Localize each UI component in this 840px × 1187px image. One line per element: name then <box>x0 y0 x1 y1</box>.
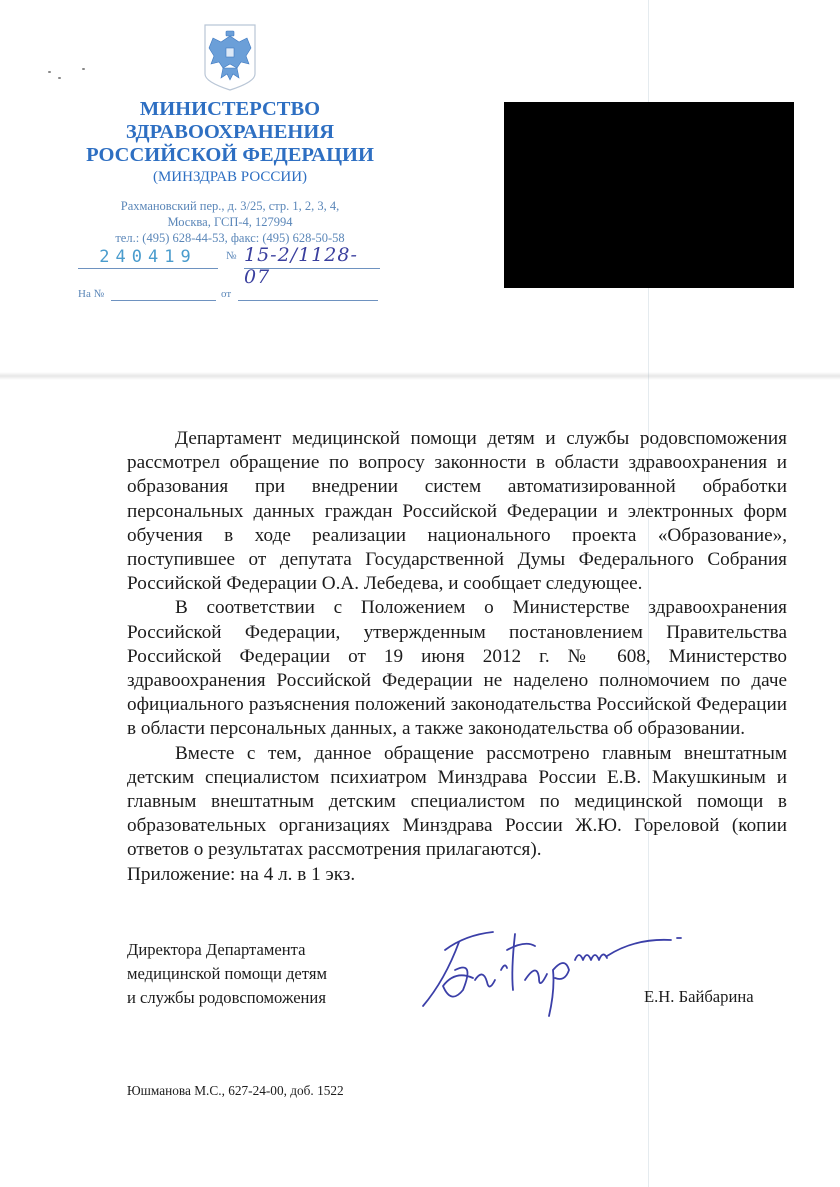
ministry-address: Рахмановский пер., д. 3/25, стр. 1, 2, 3… <box>60 198 400 246</box>
reply-number-blank <box>111 300 216 301</box>
signer-name: Е.Н. Байбарина <box>644 987 754 1007</box>
number-label: № <box>226 250 237 262</box>
signer-position-line: и службы родовспоможения <box>127 986 327 1010</box>
reply-reference-line: На № от <box>78 288 383 304</box>
reply-number-label: На № <box>78 288 104 300</box>
registration-line: 240419 № 15-2/1128-07 <box>78 244 383 270</box>
scan-speck <box>82 68 85 70</box>
body-paragraph: Вместе с тем, данное обращение рассмотре… <box>127 742 787 863</box>
ministry-line: МИНИСТЕРСТВО <box>60 98 400 121</box>
scan-speck <box>48 71 51 73</box>
attachment-note: Приложение: на 4 л. в 1 экз. <box>127 863 787 887</box>
reply-date-blank <box>238 300 378 301</box>
scan-speck <box>58 77 61 79</box>
reply-date-label: от <box>221 288 231 300</box>
signer-position-line: Директора Департамента <box>127 938 327 962</box>
paper-fold-line <box>0 372 840 380</box>
ministry-short-name: (МИНЗДРАВ РОССИИ) <box>60 167 400 187</box>
executor-contact: Юшманова М.С., 627-24-00, доб. 1522 <box>127 1083 344 1099</box>
ministry-line: ЗДРАВООХРАНЕНИЯ <box>60 121 400 144</box>
body-paragraph: Департамент медицинской помощи детям и с… <box>127 427 787 596</box>
coat-of-arms-icon <box>201 22 259 92</box>
signer-position: Директора Департамента медицинской помощ… <box>127 938 327 1010</box>
redacted-addressee-block <box>504 102 794 288</box>
letter-body: Департамент медицинской помощи детям и с… <box>127 427 787 887</box>
registration-number: 15-2/1128-07 <box>244 244 380 269</box>
address-line: Москва, ГСП-4, 127994 <box>60 214 400 230</box>
signer-position-line: медицинской помощи детям <box>127 962 327 986</box>
address-line: Рахмановский пер., д. 3/25, стр. 1, 2, 3… <box>60 198 400 214</box>
body-paragraph: В соответствии с Положением о Министерст… <box>127 596 787 741</box>
registration-date-stamp: 240419 <box>78 244 218 269</box>
ministry-name: МИНИСТЕРСТВО ЗДРАВООХРАНЕНИЯ РОССИЙСКОЙ … <box>60 98 400 187</box>
ministry-line: РОССИЙСКОЙ ФЕДЕРАЦИИ <box>60 144 400 167</box>
